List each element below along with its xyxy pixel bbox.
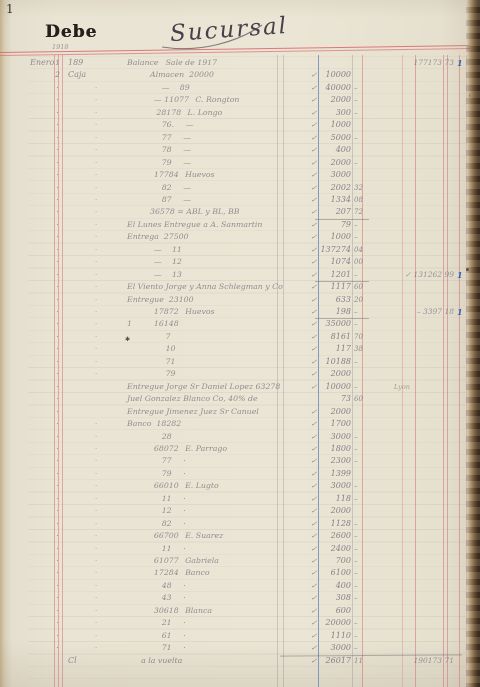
- ditto-mark: ·: [95, 206, 103, 218]
- ditto-mark: ·: [95, 119, 103, 131]
- ditto-mark: ·: [95, 157, 103, 169]
- ditto-mark: ·: [95, 505, 103, 517]
- day-cell: ·: [52, 505, 63, 517]
- day-cell: ·: [52, 605, 63, 617]
- amount-cell: 198: [300, 306, 351, 318]
- amount-cell: 2000: [300, 157, 351, 169]
- cents-cell: –: [354, 94, 368, 106]
- day-cell: ·: [52, 206, 63, 218]
- ledger-row: ✓·· 17784 Huevos3000: [0, 169, 480, 181]
- cents-cell: –: [354, 443, 368, 455]
- ledger-row: ✓·· 87 —133408: [0, 194, 480, 206]
- day-cell: ·: [52, 443, 63, 455]
- entry-detail: 61077 Gabriela: [150, 555, 219, 567]
- day-cell: 2: [52, 69, 63, 81]
- amount-cell: 10000: [300, 381, 351, 393]
- day-cell: ·: [52, 418, 63, 430]
- amount-cell: 2300: [300, 455, 351, 467]
- day-cell: ·: [52, 555, 63, 567]
- ditto-mark: ·: [95, 642, 103, 654]
- margin-note: 190173 71: [378, 655, 454, 667]
- ditto-mark: ·: [95, 368, 103, 380]
- ledger-row: ✓··36578 = ABL y BL, BB20772: [0, 206, 480, 218]
- ledger-row: ✓·· 11 ·118–: [0, 493, 480, 505]
- ledger-row: ✓·· 12 ·2000: [0, 505, 480, 517]
- ditto-mark: ·: [95, 132, 103, 144]
- ditto-mark: ·: [95, 194, 103, 206]
- entry-detail: 28178 L. Longo: [150, 107, 222, 119]
- entry-detail: 79 ·: [150, 468, 186, 480]
- entry-detail: Almacen 20000: [150, 69, 214, 81]
- cents-cell: 72: [354, 206, 368, 218]
- ditto-mark: ·: [95, 443, 103, 455]
- ditto-mark: ·: [95, 219, 103, 231]
- ledger-row: ✓·· 82 —200232: [0, 182, 480, 194]
- amount-cell: 10000: [300, 69, 351, 81]
- ditto-mark: ·: [95, 281, 103, 293]
- ledger-row: ✓·· 77 —5000–: [0, 132, 480, 144]
- amount-cell: 2400: [300, 543, 351, 555]
- ink-blot: ✱: [125, 336, 130, 343]
- cents-cell: –: [354, 567, 368, 579]
- cents-cell: –: [354, 82, 368, 94]
- ledger-row: ✓·· 48 ·400–: [0, 580, 480, 592]
- day-cell: ·: [52, 493, 63, 505]
- cents-cell: –: [354, 356, 368, 368]
- day-cell: ·: [52, 132, 63, 144]
- day-cell: ·: [52, 144, 63, 156]
- entry-text: 1: [127, 318, 132, 330]
- day-cell: ·: [52, 231, 63, 243]
- ledger-row: ✓·· 71 ·3000–: [0, 642, 480, 654]
- amount-cell: 26017: [300, 655, 351, 667]
- day-cell: ·: [52, 617, 63, 629]
- day-cell: ·: [52, 219, 63, 231]
- ledger-row: ✓·· — 8940000–: [0, 82, 480, 94]
- ledger-row: ✓·· 17872 Huevos198–– 3397 181: [0, 306, 480, 318]
- day-cell: ·: [52, 182, 63, 194]
- amount-cell: 2000: [300, 94, 351, 106]
- ditto-mark: ·: [95, 567, 103, 579]
- cents-cell: 32: [354, 182, 368, 194]
- ditto-mark: ·: [95, 231, 103, 243]
- entry-detail: — 12: [150, 256, 182, 268]
- ditto-mark: ·: [95, 580, 103, 592]
- ledger-row: ·Juel Gonzalez Blanco Co, 40% de7360: [0, 393, 480, 405]
- entry-detail: Sale de 1917: [150, 57, 217, 69]
- cents-cell: 11: [354, 655, 368, 667]
- day-cell: ·: [52, 244, 63, 256]
- day-cell: ·: [52, 468, 63, 480]
- amount-cell: 1334: [300, 194, 351, 206]
- ledger-row: ✓·· 77 ·2300–: [0, 455, 480, 467]
- entry-detail: 11 ·: [150, 543, 186, 555]
- entry-detail: 21 ·: [150, 617, 186, 629]
- entry-text: Entrega 27500: [127, 231, 189, 243]
- cents-cell: –: [354, 642, 368, 654]
- cents-cell: –: [354, 455, 368, 467]
- ledger-row: ✓·· 79 ·1399: [0, 468, 480, 480]
- margin-note: 177173 73: [378, 57, 454, 69]
- entry-detail: 77 ·: [150, 455, 186, 467]
- ditto-mark: ·: [95, 605, 103, 617]
- page-number: 1: [6, 2, 14, 16]
- ditto-mark: ·: [95, 431, 103, 443]
- entry-text: El Lunes Entregue a A. Sanmartin: [127, 219, 262, 231]
- margin-note: – 3397 18: [378, 306, 454, 318]
- amount-cell: 3000: [300, 642, 351, 654]
- day-cell: ·: [52, 543, 63, 555]
- ledger-row: ✓·· — 12107400: [0, 256, 480, 268]
- day-cell: ·: [52, 381, 63, 393]
- day-cell: ·: [52, 94, 63, 106]
- ditto-mark: ·: [95, 107, 103, 119]
- day-cell: ·: [52, 157, 63, 169]
- day-cell: ·: [52, 318, 63, 330]
- account-cell: Caja: [68, 69, 120, 81]
- cents-cell: –: [354, 592, 368, 604]
- amount-cell: 600: [300, 605, 351, 617]
- amount-cell: 1117: [300, 281, 351, 293]
- ledger-row: ✓·· 1011738: [0, 343, 480, 355]
- cents-cell: –: [354, 518, 368, 530]
- amount-cell: 207: [300, 206, 351, 218]
- day-cell: ·: [52, 480, 63, 492]
- entry-detail: 77 —: [150, 132, 191, 144]
- day-cell: ·: [52, 269, 63, 281]
- amount-cell: 2000: [300, 406, 351, 418]
- entry-detail: 43 ·: [150, 592, 186, 604]
- margin-note-small: Lyon: [394, 381, 410, 393]
- amount-cell: 1110: [300, 630, 351, 642]
- ledger-row: ✓·Entregue Jimenez Juez Sr Canuel2000: [0, 406, 480, 418]
- entry-detail: 17284 Banco: [150, 567, 210, 579]
- entry-detail: — 89: [150, 82, 190, 94]
- day-cell: ·: [52, 431, 63, 443]
- ditto-mark: ·: [95, 455, 103, 467]
- debit-column-title: Debe: [45, 22, 97, 42]
- entry-detail: 16148: [150, 318, 179, 330]
- amount-cell: 1700: [300, 418, 351, 430]
- amount-cell: 1399: [300, 468, 351, 480]
- ledger-row: ✓··Banco 182821700: [0, 418, 480, 430]
- ditto-mark: ·: [95, 418, 103, 430]
- amount-cell: 5000: [300, 132, 351, 144]
- day-cell: ·: [52, 518, 63, 530]
- entry-detail: 28: [150, 431, 172, 443]
- entry-detail: 48 ·: [150, 580, 186, 592]
- day-cell: ·: [52, 107, 63, 119]
- entry-detail: 79 —: [150, 157, 191, 169]
- ledger-row: ✓··El Lunes Entregue a A. Sanmartin79–: [0, 219, 480, 231]
- amount-cell: 1000: [300, 231, 351, 243]
- amount-cell: 40000: [300, 82, 351, 94]
- cents-cell: –: [354, 132, 368, 144]
- ledger-row: ✓·· 61077 Gabriela700–: [0, 555, 480, 567]
- ditto-mark: ·: [95, 493, 103, 505]
- ledger-row: ✓··Entregue 2310063320: [0, 294, 480, 306]
- ditto-mark: ·: [95, 294, 103, 306]
- amount-cell: 3000: [300, 169, 351, 181]
- amount-cell: 117: [300, 343, 351, 355]
- entry-detail: 68072 E. Parrago: [150, 443, 227, 455]
- ditto-mark: ·: [95, 244, 103, 256]
- day-cell: ·: [52, 294, 63, 306]
- ledger-row: ✓·· — 11077 C. Rongton2000–: [0, 94, 480, 106]
- entry-text: a la vuelta: [127, 655, 182, 667]
- page-title-handwritten: Sucursal: [169, 13, 289, 47]
- amount-cell: 1128: [300, 518, 351, 530]
- ledger-row: ✓··1 1614835000–: [0, 318, 480, 330]
- day-cell: ·: [52, 82, 63, 94]
- cents-cell: –: [354, 480, 368, 492]
- amount-cell: 1800: [300, 443, 351, 455]
- amount-cell: 1074: [300, 256, 351, 268]
- entry-detail: 82 ·: [150, 518, 186, 530]
- entry-text: Juel Gonzalez Blanco Co, 40% de: [127, 393, 258, 405]
- day-cell: ·: [52, 368, 63, 380]
- cents-cell: 70: [354, 331, 368, 343]
- ditto-mark: ·: [95, 468, 103, 480]
- margin-note: ✓ 131262 99: [378, 269, 454, 281]
- day-cell: ·: [52, 630, 63, 642]
- amount-cell: 8161: [300, 331, 351, 343]
- cents-cell: –: [354, 617, 368, 629]
- ledger-row: ✓·· 79 —2000–: [0, 157, 480, 169]
- entry-text: Banco 18282: [127, 418, 181, 430]
- entry-text: Entregue Jimenez Juez Sr Canuel: [127, 406, 259, 418]
- cents-cell: –: [354, 269, 368, 281]
- amount-cell: 3000: [300, 431, 351, 443]
- ledger-row: ✓·· 7816170: [0, 331, 480, 343]
- cents-cell: 00: [354, 256, 368, 268]
- day-cell: ·: [52, 393, 63, 405]
- ditto-mark: ·: [95, 169, 103, 181]
- ditto-mark: ·: [95, 331, 103, 343]
- cents-cell: –: [354, 318, 368, 330]
- entry-detail: — 13: [150, 269, 182, 281]
- account-cell: Cl: [68, 655, 120, 667]
- day-cell: ·: [52, 567, 63, 579]
- entry-detail: 61 ·: [150, 630, 186, 642]
- cents-cell: –: [354, 219, 368, 231]
- header-red-rule: [0, 45, 480, 56]
- ditto-mark: ·: [95, 480, 103, 492]
- day-cell: ·: [52, 331, 63, 343]
- entry-detail: 78 —: [150, 144, 191, 156]
- amount-cell: 2000: [300, 368, 351, 380]
- ledger-row: ✓·Entregue Jorge Sr Daniel Lopez 6327810…: [0, 381, 480, 393]
- entry-detail: 17784 Huevos: [150, 169, 215, 181]
- ditto-mark: ·: [95, 543, 103, 555]
- entry-detail: 10: [150, 343, 176, 355]
- ledger-row: Enero1189Balance Sale de 1917177173 731: [0, 57, 480, 69]
- cents-cell: –: [354, 580, 368, 592]
- day-cell: ·: [52, 119, 63, 131]
- entry-detail: — 11077 C. Rongton: [150, 94, 239, 106]
- ditto-mark: ·: [95, 592, 103, 604]
- day-cell: ·: [52, 306, 63, 318]
- entry-detail: 76. —: [150, 119, 194, 131]
- day-cell: ·: [52, 256, 63, 268]
- cents-cell: –: [354, 107, 368, 119]
- day-cell: ·: [52, 530, 63, 542]
- amount-cell: 1000: [300, 119, 351, 131]
- entry-detail: 7: [150, 331, 171, 343]
- ditto-mark: ·: [95, 630, 103, 642]
- day-cell: ·: [52, 455, 63, 467]
- ditto-mark: ·: [95, 343, 103, 355]
- cents-cell: –: [354, 157, 368, 169]
- ditto-mark: ·: [95, 318, 103, 330]
- ledger-row: ✓·· 283000–: [0, 431, 480, 443]
- day-cell: ·: [52, 356, 63, 368]
- cents-cell: 60: [354, 281, 368, 293]
- amount-cell: 1201: [300, 269, 351, 281]
- ditto-mark: ·: [95, 94, 103, 106]
- ledger-row: ✓··Entrega 275001000–: [0, 231, 480, 243]
- amount-cell: 73: [300, 393, 351, 405]
- ledger-row: ✓·· 82 ·1128–: [0, 518, 480, 530]
- ditto-mark: ·: [95, 518, 103, 530]
- amount-cell: 300: [300, 107, 351, 119]
- cents-cell: –: [354, 530, 368, 542]
- ditto-mark: ·: [95, 555, 103, 567]
- blue-check-mark: 1: [457, 269, 466, 281]
- amount-cell: 2002: [300, 182, 351, 194]
- blue-check-mark: 1: [457, 57, 466, 69]
- amount-cell: 2600: [300, 530, 351, 542]
- ditto-mark: ·: [95, 182, 103, 194]
- ledger-row: ✓·· 7110188–: [0, 356, 480, 368]
- cents-cell: –: [354, 630, 368, 642]
- day-cell: ·: [52, 592, 63, 604]
- ledger-row: ✓·· 21 ·20000–: [0, 617, 480, 629]
- entry-detail: 71: [150, 356, 176, 368]
- ditto-mark: ·: [95, 82, 103, 94]
- blue-check-mark: 1: [457, 306, 466, 318]
- cents-cell: –: [354, 306, 368, 318]
- entry-detail: — 11: [150, 244, 182, 256]
- cents-cell: –: [354, 493, 368, 505]
- amount-cell: 633: [300, 294, 351, 306]
- ledger-row: ✓·· 68072 E. Parrago1800–: [0, 443, 480, 455]
- cents-cell: 20: [354, 294, 368, 306]
- ledger-row: ✓·· 61 ·1110–: [0, 630, 480, 642]
- amount-cell: 35000: [300, 318, 351, 330]
- amount-cell: 118: [300, 493, 351, 505]
- entry-detail: 12 ·: [150, 505, 186, 517]
- ledger-row: ✓·· — 131201–✓ 131262 991: [0, 269, 480, 281]
- amount-cell: 79: [300, 219, 351, 231]
- ledger-row: ✓·· 76. —1000: [0, 119, 480, 131]
- ledger-row: ✓·· 28178 L. Longo300–: [0, 107, 480, 119]
- day-cell: ·: [52, 169, 63, 181]
- book-binding-edge: [466, 0, 480, 687]
- ledger-row: ✓·· 30618 Blanca600: [0, 605, 480, 617]
- year-annotation: 1918: [52, 43, 69, 51]
- cents-cell: –: [354, 431, 368, 443]
- cents-cell: –: [354, 555, 368, 567]
- amount-cell: 137274: [300, 244, 351, 256]
- entry-detail: 17872 Huevos: [150, 306, 215, 318]
- entry-detail: 36578 = ABL y BL, BB: [150, 206, 240, 218]
- day-cell: ·: [52, 406, 63, 418]
- ditto-mark: ·: [95, 356, 103, 368]
- day-cell: ·: [52, 194, 63, 206]
- ledger-row: ✓·· 17284 Banco6100–: [0, 567, 480, 579]
- entry-detail: 87 —: [150, 194, 191, 206]
- entry-detail: 66010 E. Lugto: [150, 480, 219, 492]
- ditto-mark: ·: [95, 306, 103, 318]
- entry-detail: 82 —: [150, 182, 191, 194]
- entry-text: Entregue Jorge Sr Daniel Lopez 63278: [127, 381, 280, 393]
- cents-cell: 60: [354, 393, 368, 405]
- cents-cell: 04: [354, 244, 368, 256]
- ditto-mark: ·: [95, 617, 103, 629]
- ledger-row: ✓·· 11 ·2400–: [0, 543, 480, 555]
- entry-text: El Viento Jorge y Anna Schlegman y Co: [127, 281, 283, 293]
- ledger-row: ✓··El Viento Jorge y Anna Schlegman y Co…: [0, 281, 480, 293]
- ditto-mark: ·: [95, 256, 103, 268]
- ledger-row: ✓·· 792000: [0, 368, 480, 380]
- entry-text: Entregue 23100: [127, 294, 194, 306]
- amount-cell: 2000: [300, 505, 351, 517]
- ledger-row: ✓Cl a la vuelta2601711190173 71: [0, 655, 480, 667]
- amount-cell: 308: [300, 592, 351, 604]
- amount-cell: 10188: [300, 356, 351, 368]
- cents-cell: –: [354, 381, 368, 393]
- cents-cell: –: [354, 231, 368, 243]
- day-cell: ·: [52, 642, 63, 654]
- day-cell: ·: [52, 343, 63, 355]
- entry-detail: 71 ·: [150, 642, 186, 654]
- ledger-row: ✓·· 66700 E. Suarez2600–: [0, 530, 480, 542]
- ledger-page: 1 Debe Sucursal 1918 Enero1189Balance Sa…: [0, 0, 480, 687]
- amount-cell: 20000: [300, 617, 351, 629]
- ditto-mark: ·: [95, 144, 103, 156]
- ditto-mark: ·: [95, 269, 103, 281]
- amount-cell: 400: [300, 580, 351, 592]
- ledger-row: ✓·· 43 ·308–: [0, 592, 480, 604]
- day-cell: ·: [52, 281, 63, 293]
- amount-cell: 3000: [300, 480, 351, 492]
- entry-detail: 11 ·: [150, 493, 186, 505]
- entry-detail: 66700 E. Suarez: [150, 530, 223, 542]
- amount-cell: 6100: [300, 567, 351, 579]
- cents-cell: –: [354, 543, 368, 555]
- cents-cell: 08: [354, 194, 368, 206]
- entry-detail: 79: [150, 368, 176, 380]
- ledger-row: ✓·· — 1113727404: [0, 244, 480, 256]
- ledger-row: ✓·· 78 —400: [0, 144, 480, 156]
- account-cell: 189: [68, 57, 120, 69]
- amount-cell: 700: [300, 555, 351, 567]
- ledger-row: ✓2CajaAlmacen 2000010000: [0, 69, 480, 81]
- ledger-row: ✓·· 66010 E. Lugto3000–: [0, 480, 480, 492]
- day-cell: 1: [52, 57, 63, 69]
- ditto-mark: ·: [95, 530, 103, 542]
- cents-cell: 38: [354, 343, 368, 355]
- day-cell: ·: [52, 580, 63, 592]
- amount-cell: 400: [300, 144, 351, 156]
- entry-detail: 30618 Blanca: [150, 605, 212, 617]
